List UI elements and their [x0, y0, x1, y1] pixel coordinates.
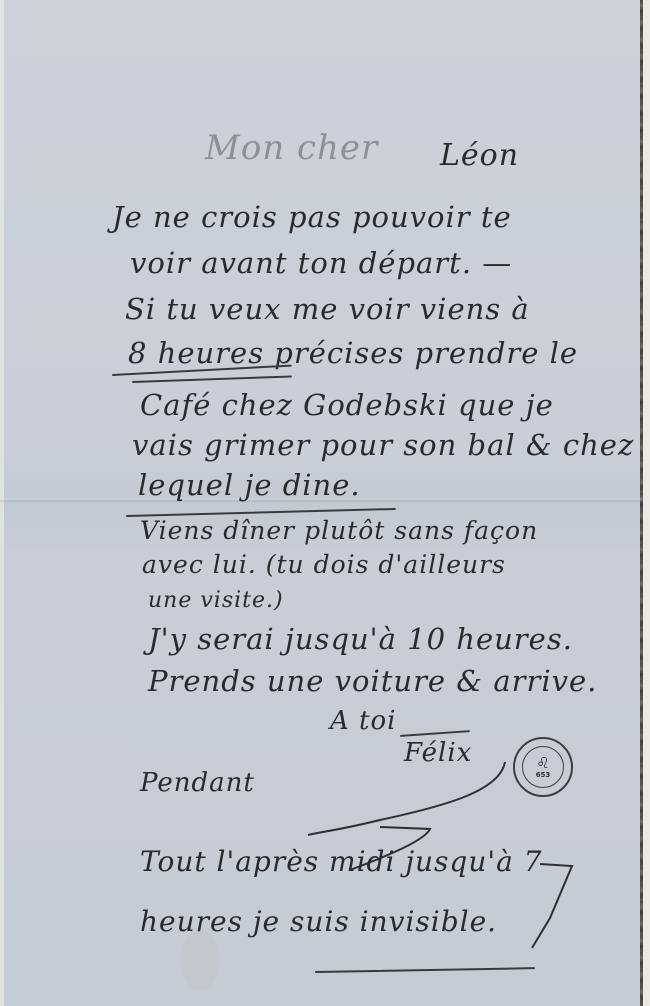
letter-line: 8 heures précises prendre le	[128, 336, 578, 370]
postscript-line: Tout l'après midi jusqu'à 7	[140, 845, 542, 878]
letter-line: Prends une voiture & arrive.	[148, 664, 597, 698]
paper-left-edge	[0, 0, 4, 1006]
postscript-line: Pendant	[140, 768, 255, 798]
letter-line: Café chez Godebski que je	[140, 388, 554, 422]
closing-line: A toi	[330, 706, 396, 736]
letter-line: Je ne crois pas pouvoir te	[112, 200, 512, 234]
letter-line: J'y serai jusqu'à 10 heures.	[148, 622, 573, 656]
paper-stain	[180, 930, 220, 990]
letter-line: vais grimer pour son bal & chez	[132, 428, 634, 462]
letter-line: Viens dîner plutôt sans façon	[140, 516, 538, 545]
letter-line: avec lui. (tu dois d'ailleurs	[142, 550, 506, 579]
letter-line: voir avant ton départ. —	[130, 246, 512, 280]
letter-line: lequel je dine.	[138, 468, 361, 502]
salutation-pencil: Mon cher	[205, 128, 378, 168]
letter-line: une visite.)	[148, 588, 284, 613]
postscript-line: heures je suis invisible.	[140, 905, 497, 938]
salutation-name: Léon	[440, 138, 519, 173]
letter-line: Si tu veux me voir viens à	[125, 292, 530, 326]
scan-background	[643, 0, 650, 1006]
